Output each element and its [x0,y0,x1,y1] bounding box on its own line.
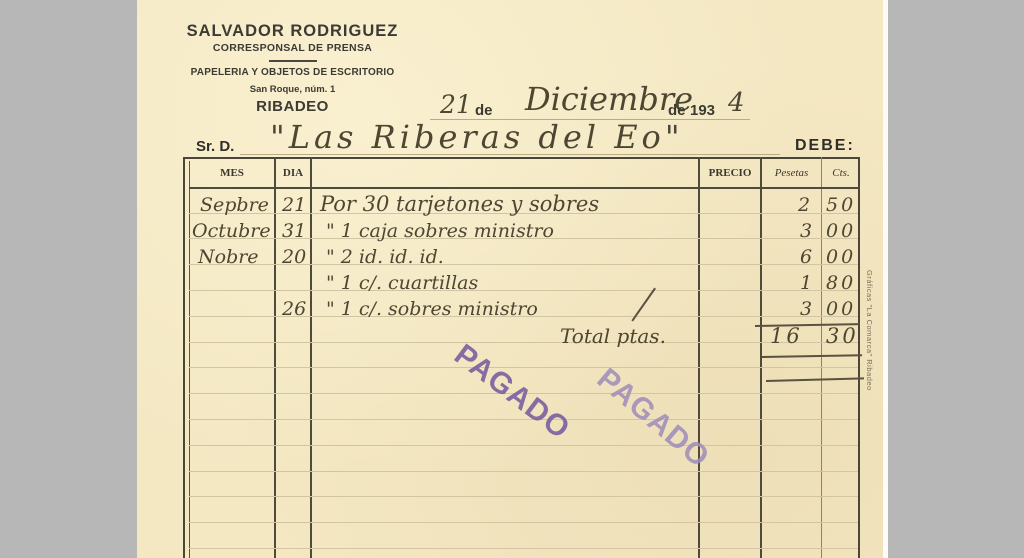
header-dia: DIA [276,167,310,179]
letterhead-city: RIBADEO [180,98,405,115]
letterhead-rule [269,60,317,62]
row-4-cts: 80 [826,272,856,294]
letterhead-address: San Roque, núm. 1 [180,84,405,95]
date-year-printed: 193 [690,102,715,119]
row-5-cts: 00 [826,298,856,320]
row-4-description: " 1 c/. cuartillas [326,272,478,294]
date-de-2: de [668,102,686,119]
row-1-pesetas: 2 [798,194,813,216]
row-3-mes: Nobre [198,246,259,268]
row-2-cts: 00 [826,220,856,242]
row-2-dia: 31 [282,220,306,242]
row-5-description: " 1 c/. sobres ministro [326,298,538,320]
row-5-pesetas: 3 [800,298,815,320]
date-day: 21 [440,90,472,119]
letterhead-subtitle: CORRESPONSAL DE PRENSA [180,42,405,54]
date-de-1: de [475,102,493,119]
letterhead-name: SALVADOR RODRIGUEZ [180,22,405,41]
row-1-description: Por 30 tarjetones y sobres [320,192,599,216]
header-mes: MES [190,167,274,179]
total-label: Total ptas. [560,324,666,348]
row-1-mes: Sepbre [200,194,269,216]
row-5-dia: 26 [282,298,306,320]
row-2-pesetas: 3 [800,220,815,242]
date-year-handwritten: 4 [728,88,745,118]
recipient-label: Sr. D. [196,138,234,155]
header-cts: Cts. [823,167,859,179]
row-4-pesetas: 1 [800,272,815,294]
total-cts: 30 [826,324,859,348]
row-3-cts: 00 [826,246,856,268]
printer-imprint: Gráficas "La Comarca" Ribadeo [865,270,874,391]
row-3-description: " 2 id. id. id. [326,246,444,268]
ledger-ruled-lines [189,188,858,558]
letterhead-trade: PAPELERIA Y OBJETOS DE ESCRITORIO [180,67,405,78]
row-1-cts: 50 [826,194,856,216]
header-pesetas: Pesetas [762,167,821,179]
row-3-dia: 20 [282,246,306,268]
total-pesetas: 16 [770,324,803,348]
row-1-dia: 21 [282,194,306,216]
row-2-description: " 1 caja sobres ministro [326,220,554,242]
row-3-pesetas: 6 [800,246,815,268]
debe-label: DEBE: [795,137,855,155]
header-precio: PRECIO [700,167,760,179]
row-2-mes: Octubre [192,220,271,242]
paper-edge [883,0,888,558]
recipient-name: "Las Riberas del Eo" [270,118,684,156]
